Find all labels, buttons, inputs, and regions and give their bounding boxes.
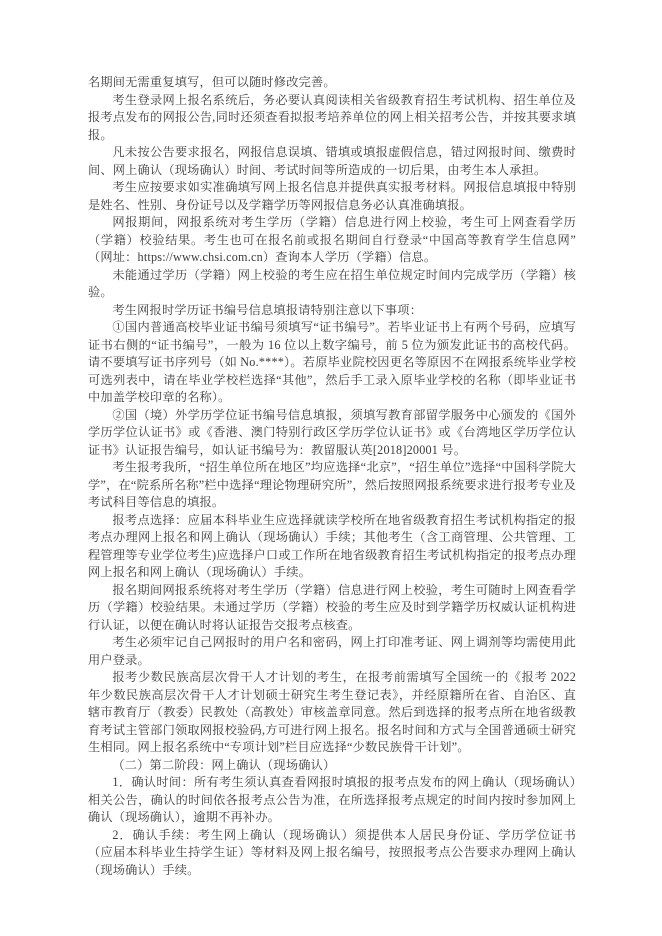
paragraph-10: 考生报考我所，“招生单位所在地区”均应选择“北京”，“招生单位”选择“中国科学院… [88, 459, 576, 512]
paragraph-6: 未能通过学历（学籍）网上校验的考生应在招生单位规定时间内完成学历（学籍）核验。 [88, 267, 576, 302]
document-page: 名期间无需重复填写，但可以随时修改完善。考生登录网上报名系统后，务必要认真阅读相… [0, 0, 662, 936]
paragraph-1: 名期间无需重复填写，但可以随时修改完善。 [88, 74, 576, 92]
paragraph-17: 2．确认手续：考生网上确认（现场确认）须提供本人居民身份证、学历学位证书（应届本… [88, 827, 576, 880]
paragraph-13: 考生必须牢记自己网报时的用户名和密码，网上打印准考证、网上调剂等均需使用此用户登… [88, 634, 576, 669]
paragraph-12: 报名期间网报系统将对考生学历（学籍）信息进行网上校验，考生可随时上网查看学历（学… [88, 582, 576, 635]
document-body-text: 名期间无需重复填写，但可以随时修改完善。考生登录网上报名系统后，务必要认真阅读相… [88, 74, 576, 879]
paragraph-15: （二）第二阶段：网上确认（现场确认） [88, 757, 576, 775]
paragraph-3: 凡未按公告要求报名，网报信息误填、错填或填报虚假信息，错过网报时间、缴费时间、网… [88, 144, 576, 179]
paragraph-2: 考生登录网上报名系统后，务必要认真阅读相关省级教育招生考试机构、招生单位及报考点… [88, 92, 576, 145]
paragraph-14: 报考少数民族高层次骨干人才计划的考生，在报考前需填写全国统一的《报考 2022 … [88, 669, 576, 757]
paragraph-8: ①国内普通高校毕业证书编号须填写“证书编号”。若毕业证书上有两个号码，应填写证书… [88, 319, 576, 407]
paragraph-4: 考生应按要求如实准确填写网上报名信息并提供真实报考材料。网报信息填报中特别是姓名… [88, 179, 576, 214]
paragraph-7: 考生网报时学历证书编号信息填报请特别注意以下事项： [88, 302, 576, 320]
paragraph-16: 1．确认时间：所有考生须认真查看网报时填报的报考点发布的网上确认（现场确认）相关… [88, 774, 576, 827]
paragraph-11: 报考点选择：应届本科毕业生应选择就读学校所在地省级教育招生考试机构指定的报考点办… [88, 512, 576, 582]
paragraph-5: 网报期间，网报系统对考生学历（学籍）信息进行网上校验，考生可上网查看学历（学籍）… [88, 214, 576, 267]
paragraph-9: ②国（境）外学历学位证书编号信息填报，须填写教育部留学服务中心颁发的《国外学历学… [88, 407, 576, 460]
